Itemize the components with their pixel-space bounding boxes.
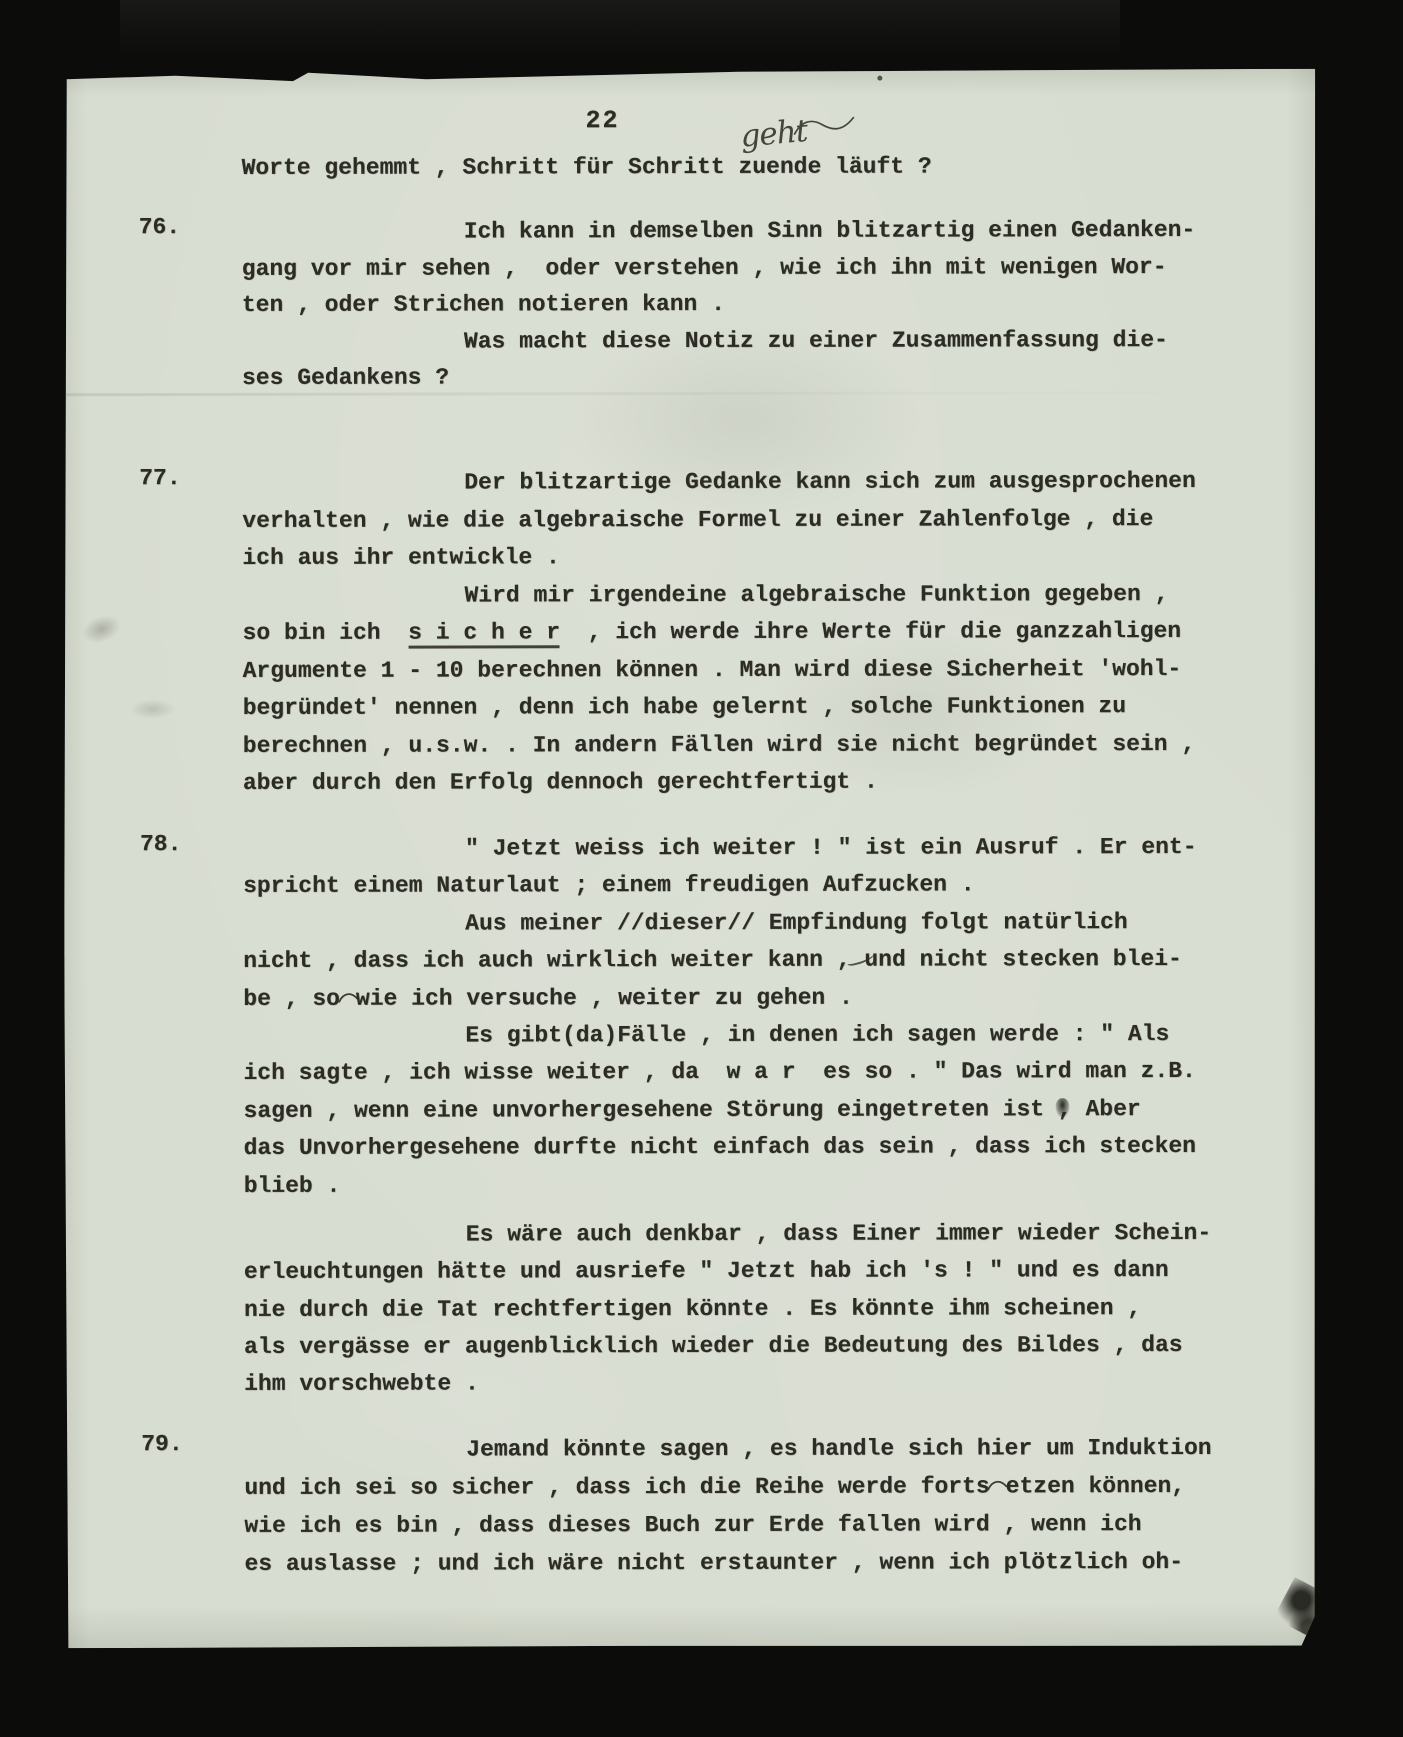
paragraph-number: 76. [139, 214, 180, 240]
typescript-segment: wie ich versuche , weiter zu gehen . [356, 984, 853, 1011]
paragraph-76: 76.Ich kann in demselben Sinn blitzartig… [63, 212, 1317, 398]
paragraph-77: 77.Der blitzartige Gedanke kann sich zum… [63, 463, 1318, 803]
typescript-segment: Ich kann in demselben Sinn blitzartig ei… [464, 217, 1196, 245]
typescript-line: und ich sei so sicher , dass ich die Rei… [244, 1467, 1284, 1507]
typescript-segment: sagen , wenn eine unvorhergesehene Störu… [243, 1096, 1057, 1124]
typescript-line: Es gibt(da)Fälle , in denen ich sagen we… [243, 1016, 1283, 1056]
typescript-segment: gang vor mir sehen , oder verstehen , wi… [242, 254, 1167, 282]
typescript-segment: das Unvorhergesehene durfte nicht einfac… [244, 1133, 1196, 1161]
typescript-segment: erleuchtungen hätte und ausriefe " Jetzt… [244, 1257, 1169, 1285]
typescript-segment: ten , oder Strichen notieren kann . [242, 291, 725, 318]
typescript-line: Wird mir irgendeine algebraische Funktio… [242, 575, 1282, 615]
typescript-segment-blot: , [1058, 1096, 1072, 1122]
typescript-line: spricht einem Naturlaut ; einem freudige… [243, 866, 1283, 906]
typescript-line: ses Gedankens ? [242, 358, 1282, 397]
typescript-segment: Argumente 1 - 10 berechnen können . Man … [243, 655, 1182, 683]
typescript-line: be , sowie ich versuche , weiter zu gehe… [243, 978, 1283, 1018]
typescript-line: Aus meiner //dieser// Empfindung folgt n… [243, 904, 1283, 944]
paragraph-lines: " Jetzt weiss ich weiter ! " ist ein Aus… [243, 829, 1284, 1404]
scanner-background-glow [120, 0, 1120, 70]
typescript-line: blieb . [244, 1165, 1284, 1205]
typescript-segment: Es wäre auch denkbar , dass Einer immer … [466, 1220, 1211, 1248]
paragraph-number: 79. [141, 1431, 182, 1457]
typescript-segment: Was macht diese Notiz zu einer Zusammenf… [464, 327, 1168, 354]
paragraph-number: 77. [139, 465, 180, 491]
typescript-page: 22 geht Worte gehemmt , Schritt für Schr… [62, 69, 1319, 1649]
typescript-segment: wie ich es bin , dass dieses Buch zur Er… [244, 1511, 1141, 1539]
typescript-segment: so bin ich [242, 620, 408, 646]
typescript-segment: ihm vorschwebte . [244, 1371, 479, 1397]
typescript-segment: Wird mir irgendeine algebraische Funktio… [464, 580, 1168, 607]
ink-speck [877, 76, 882, 81]
typescript-line: als vergässe er augenblicklich wieder di… [244, 1327, 1284, 1367]
typescript-segment: und nicht stecken blei- [850, 946, 1181, 973]
typescript-segment: berechnen , u.s.w. . In andern Fällen wi… [243, 730, 1195, 758]
typescript-line: so bin ich s i c h e r , ich werde ihre … [242, 613, 1282, 653]
typescript-segment: Aus meiner //dieser// Empfindung folgt n… [465, 909, 1128, 936]
typescript-segment: Der blitzartige Gedanke kann sich zum au… [464, 468, 1196, 496]
page-number: 22 [585, 106, 619, 135]
typescript-segment: be , so [243, 985, 340, 1011]
typescript-segment: , ich werde ihre Werte für die ganzzahli… [560, 618, 1181, 645]
ink-smudge [1273, 1577, 1333, 1638]
typescript-segment: ses Gedankens ? [242, 365, 449, 391]
typescript-line: " Jetzt weiss ich weiter ! " ist ein Aus… [243, 829, 1283, 869]
typescript-line: verhalten , wie die algebraische Formel … [242, 500, 1282, 540]
typescript-line: aber durch den Erfolg dennoch gerechtfer… [243, 763, 1283, 803]
typescript-segment: Jemand könnte sagen , es handle sich hie… [466, 1435, 1211, 1463]
handwriting-flourish-stroke [791, 113, 857, 141]
paragraph-lines: Der blitzartige Gedanke kann sich zum au… [242, 463, 1283, 803]
paragraph-lines: Jemand könnte sagen , es handle sich hie… [244, 1429, 1284, 1583]
typescript-segment: etzen können, [1006, 1473, 1185, 1499]
typescript-segment: als vergässe er augenblicklich wieder di… [244, 1332, 1183, 1360]
typescript-segment: ich aus ihr entwickle . [242, 544, 560, 571]
typescript-segment: Es gibt(da)Fälle , in denen ich sagen we… [465, 1021, 1169, 1048]
typescript-segment: und ich sei so sicher , dass ich die Rei… [244, 1473, 989, 1501]
typescript-segment: es auslasse ; und ich wäre nicht erstaun… [244, 1549, 1183, 1577]
typescript-segment: " Jetzt weiss ich weiter ! " ist ein Aus… [465, 834, 1197, 862]
typescript-segment: Aber [1072, 1096, 1141, 1122]
typescript-line: das Unvorhergesehene durfte nicht einfac… [244, 1128, 1284, 1168]
typescript-line: Jemand könnte sagen , es handle sich hie… [244, 1429, 1284, 1469]
typescript-line: berechnen , u.s.w. . In andern Fällen wi… [243, 725, 1283, 765]
typescript-line: sagen , wenn eine unvorhergesehene Störu… [243, 1090, 1283, 1130]
typescript-line: Es wäre auch denkbar , dass Einer immer … [244, 1215, 1284, 1255]
typescript-segment: nie durch die Tat rechtfertigen könnte .… [244, 1295, 1141, 1323]
typescript-line: ihm vorschwebte . [244, 1364, 1284, 1404]
typescript-line: Argumente 1 - 10 berechnen können . Man … [243, 650, 1283, 690]
typescript-line: Ich kann in demselben Sinn blitzartig ei… [242, 212, 1282, 251]
typescript-segment: aber durch den Erfolg dennoch gerechtfer… [243, 769, 878, 796]
typescript-segment: ich sagte , ich wisse weiter , da w a r … [243, 1058, 1195, 1086]
typescript-segment: nicht , dass ich auch wirklich weiter ka… [243, 947, 837, 974]
typescript-line: wie ich es bin , dass dieses Buch zur Er… [244, 1505, 1284, 1545]
typescript-segment: blieb . [244, 1172, 341, 1198]
handwritten-annotation: geht [739, 113, 809, 155]
typescript-line: ich aus ihr entwickle . [242, 538, 1282, 578]
typescript-line: Der blitzartige Gedanke kann sich zum au… [242, 463, 1282, 503]
paragraph-79: 79.Jemand könnte sagen , es handle sich … [65, 1429, 1319, 1584]
typescript-segment: spricht einem Naturlaut ; einem freudige… [243, 872, 975, 900]
typescript-segment-underline: s i c h e r [408, 619, 560, 648]
typescript-segment: verhalten , wie die algebraische Formel … [242, 506, 1153, 534]
typescript-line: nicht , dass ich auch wirklich weiter ka… [243, 941, 1283, 981]
typescript-line: Was macht diese Notiz zu einer Zusammenf… [242, 322, 1282, 361]
typescript-line: nie durch die Tat rechtfertigen könnte .… [244, 1289, 1284, 1329]
typescript-line: gang vor mir sehen , oder verstehen , wi… [242, 248, 1282, 287]
carryover-line: Worte gehemmt , Schritt für Schritt zuen… [242, 153, 932, 180]
typescript-line: ten , oder Strichen notieren kann . [242, 285, 1282, 324]
typescript-segment-flick: , [837, 947, 851, 973]
paragraph-number: 78. [140, 831, 181, 857]
paragraph-78: 78." Jetzt weiss ich weiter ! " ist ein … [64, 829, 1319, 1404]
typescript-line: es auslasse ; und ich wäre nicht erstaun… [244, 1543, 1284, 1583]
paragraph-lines: Ich kann in demselben Sinn blitzartig ei… [242, 212, 1282, 397]
typescript-line: begründet' nennen , denn ich habe gelern… [243, 688, 1283, 728]
typescript-line: ich sagte , ich wisse weiter , da w a r … [243, 1053, 1283, 1093]
typescript-line: erleuchtungen hätte und ausriefe " Jetzt… [244, 1252, 1284, 1292]
typescript-segment: begründet' nennen , denn ich habe gelern… [243, 693, 1126, 721]
